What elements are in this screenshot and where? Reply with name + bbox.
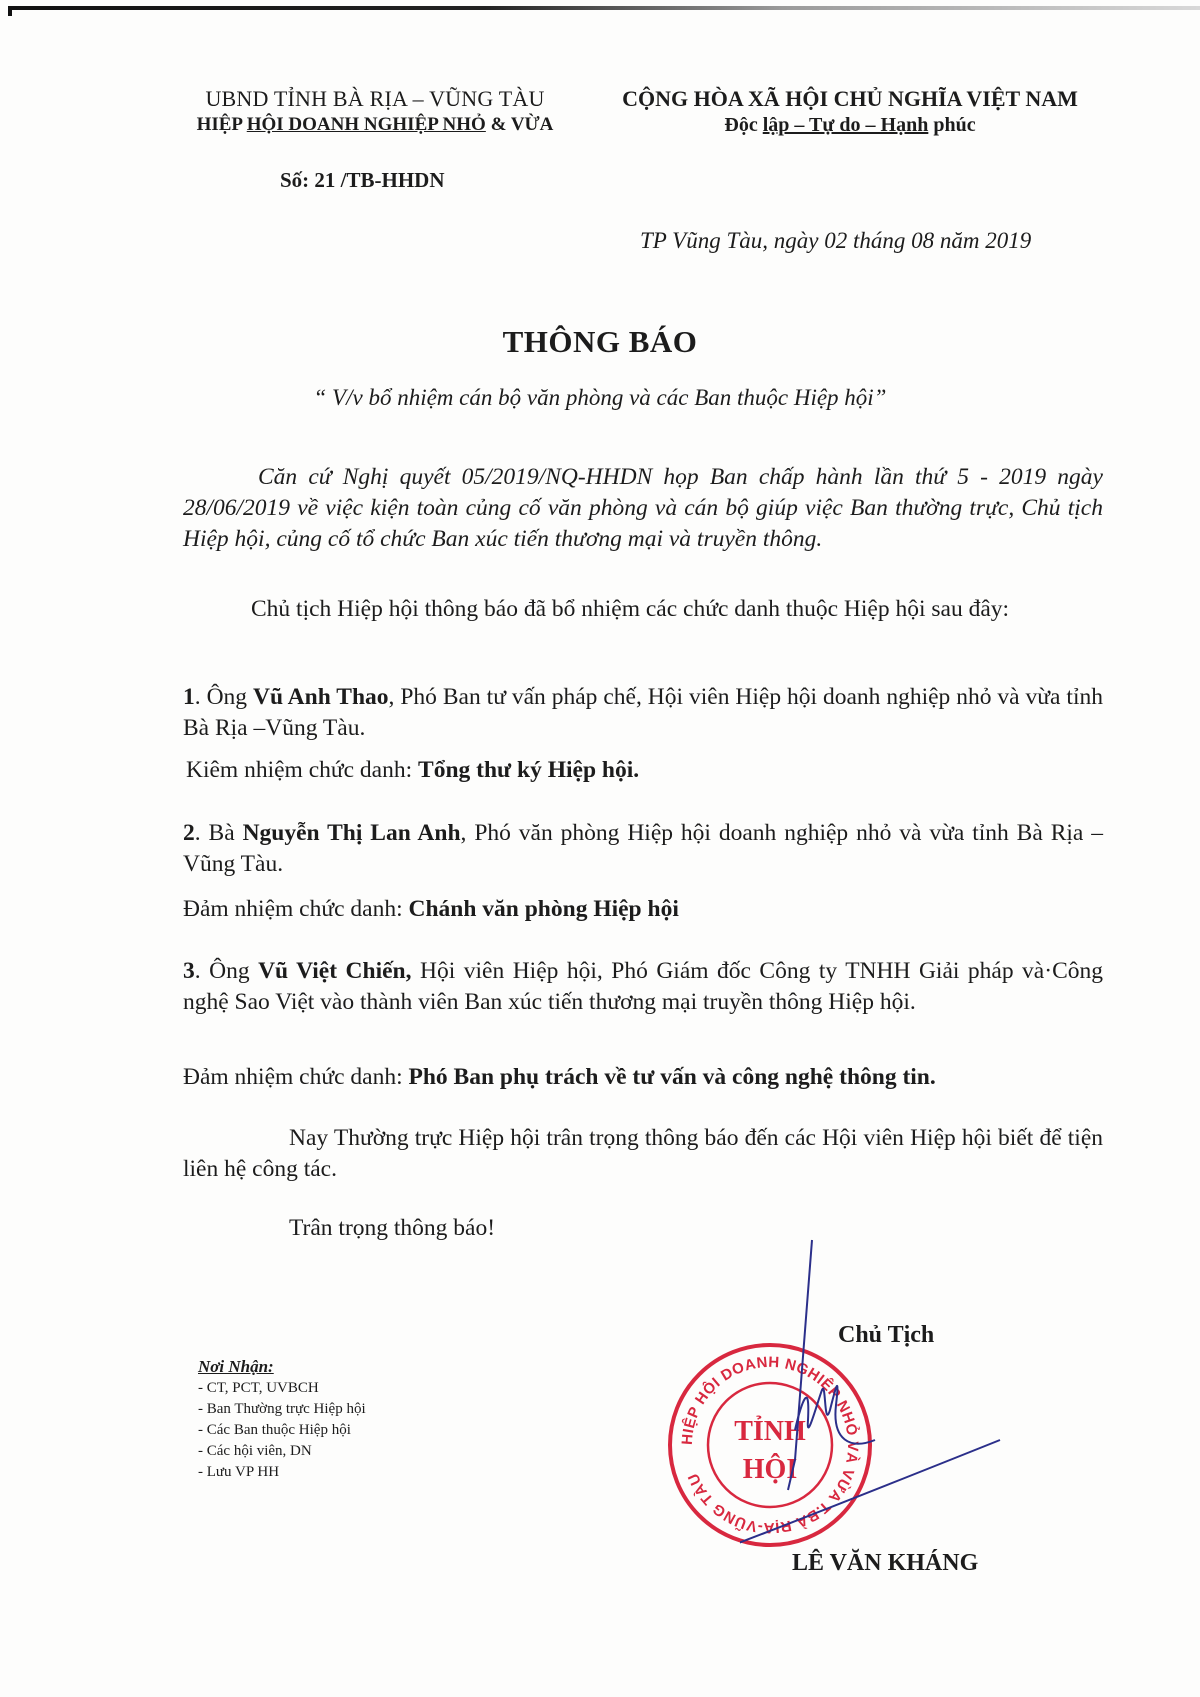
role-label: Đảm nhiệm chức danh: (183, 1064, 408, 1090)
scan-edge-bar (8, 6, 1200, 10)
appointment-number: 2 (183, 820, 195, 846)
date-line: TP Vũng Tàu, ngày 02 tháng 08 năm 2019 (640, 228, 1031, 254)
appointee-name: Vũ Anh Thao (253, 684, 389, 710)
scan-edge-tick (8, 6, 12, 16)
signer-name: LÊ VĂN KHÁNG (792, 1550, 978, 1577)
role-label: Kiêm nhiệm chức danh: (186, 757, 418, 783)
appointment-title: . Ông (195, 684, 253, 710)
appointment-title: . Ông (195, 958, 258, 984)
motto-part: Độc (724, 114, 762, 136)
recipient-item: - Các Ban thuộc Hiệp hội (198, 1420, 366, 1441)
appointment-3: 3. Ông Vũ Việt Chiến, Hội viên Hiệp hội,… (183, 956, 1103, 1018)
recipient-item: - Lưu VP HH (198, 1462, 366, 1483)
intro-paragraph: Chủ tịch Hiệp hội thông báo đã bổ nhiệm … (183, 594, 1103, 625)
appointee-name: Vũ Việt Chiến, (258, 958, 411, 984)
appointment-1-role: Kiêm nhiệm chức danh: Tổng thư ký Hiệp h… (186, 757, 639, 784)
motto-part: phúc (928, 114, 975, 136)
document-number: Số: 21 /TB-HHDN (280, 168, 445, 193)
role-title: Tổng thư ký Hiệp hội. (418, 757, 639, 783)
document-title: THÔNG BÁO (0, 324, 1200, 360)
recipient-item: - CT, PCT, UVBCH (198, 1378, 366, 1399)
appointee-name: Nguyễn Thị Lan Anh (243, 820, 461, 846)
handwritten-signature (740, 1230, 1040, 1560)
regards-line: Trân trọng thông báo! (289, 1215, 495, 1242)
organization-name-prefix: HIỆP (197, 114, 247, 135)
issuing-authority: UBND TỈNH BÀ RỊA – VŨNG TÀU (170, 86, 580, 112)
appointment-number: 1 (183, 684, 195, 710)
organization-name: HIỆP HỘI DOANH NGHIỆP NHỎ & VỪA (170, 114, 580, 136)
appointment-2: 2. Bà Nguyễn Thị Lan Anh, Phó văn phòng … (183, 818, 1103, 880)
organization-name-suffix: & VỪA (486, 114, 554, 135)
role-title: Chánh văn phòng Hiệp hội (408, 896, 678, 922)
role-title: Phó Ban phụ trách về tư vấn và công nghệ… (408, 1064, 935, 1090)
role-label: Đảm nhiệm chức danh: (183, 896, 408, 922)
motto-underlined: lập – Tự do – Hạnh (763, 114, 929, 136)
basis-paragraph: Căn cứ Nghị quyết 05/2019/NQ-HHDN họp Ba… (183, 462, 1103, 555)
national-title: CỘNG HÒA XÃ HỘI CHỦ NGHĨA VIỆT NAM (590, 86, 1110, 112)
appointment-title: . Bà (195, 820, 243, 846)
recipients-list: - CT, PCT, UVBCH - Ban Thường trực Hiệp … (198, 1378, 366, 1483)
appointment-number: 3 (183, 958, 195, 984)
national-motto: Độc lập – Tự do – Hạnh phúc (590, 114, 1110, 137)
organization-name-underlined: HỘI DOANH NGHIỆP NHỎ (247, 114, 486, 135)
recipient-item: - Các hội viên, DN (198, 1441, 366, 1462)
appointment-2-role: Đảm nhiệm chức danh: Chánh văn phòng Hiệ… (183, 896, 679, 923)
recipient-item: - Ban Thường trực Hiệp hội (198, 1399, 366, 1420)
document-subject: “ V/v bổ nhiệm cán bộ văn phòng và các B… (0, 385, 1200, 411)
closing-paragraph: Nay Thường trực Hiệp hội trân trọng thôn… (183, 1123, 1103, 1185)
appointment-1: 1. Ông Vũ Anh Thao, Phó Ban tư vấn pháp … (183, 682, 1103, 744)
appointment-3-role: Đảm nhiệm chức danh: Phó Ban phụ trách v… (183, 1064, 936, 1091)
recipients-title: Nơi Nhận: (198, 1357, 274, 1377)
